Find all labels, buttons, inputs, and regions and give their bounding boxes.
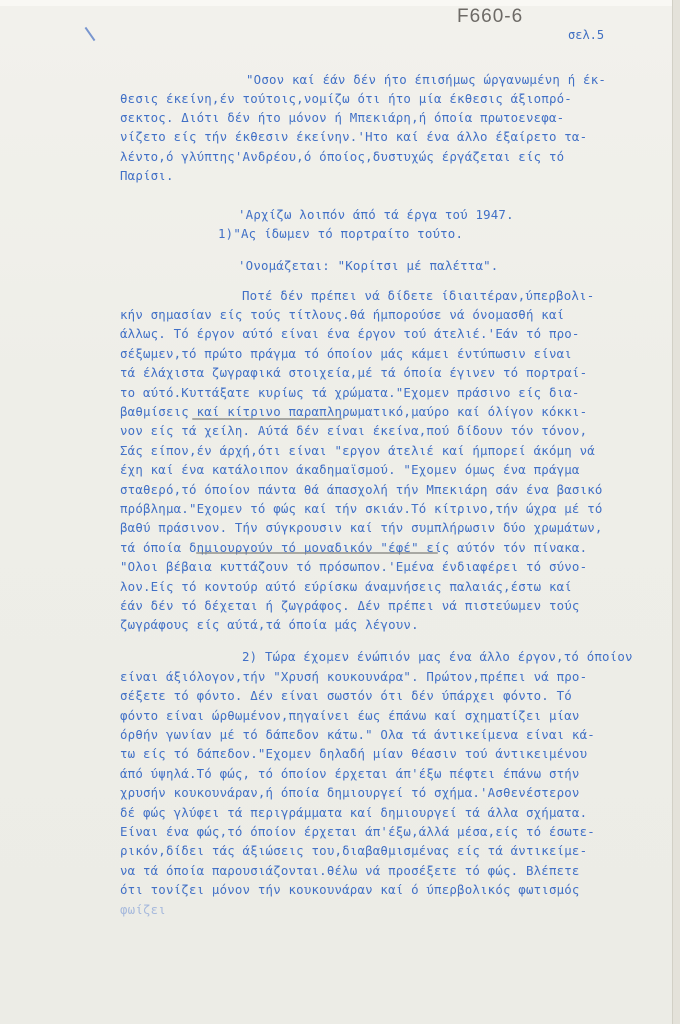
- text-line: να τά όποία παρουσιάζονται.θέλω νά προσέ…: [120, 861, 580, 880]
- text-line: θεσις έκείνη,έν τούτοις,νομίζω ότι ήτο μ…: [120, 89, 572, 108]
- text-line: 'Αρχίζω λοιπόν άπό τά έργα τού 1947.: [238, 205, 514, 224]
- text-line: κήν σημασίαν είς τούς τίτλους.θά ήμπορού…: [120, 305, 564, 324]
- text-line: σέξετε τό φόντο. Δέν είναι σωστόν ότι δέ…: [120, 686, 572, 705]
- text-line: 1)"Ας ίδωμεν τό πορτραίτο τούτο.: [218, 224, 463, 243]
- text-line: έχη καί ένα κατάλοιπον άκαδημαϊσμού. "Εχ…: [120, 460, 580, 479]
- text-line: ρικόν,δίδει τάς άξιώσεις του,διαβαθμισμέ…: [120, 841, 587, 860]
- text-line: νον είς τά χείλη. Αύτά δέν είναι έκείνα,…: [120, 421, 587, 440]
- text-line: το αύτό.Κυττάξατε κυρίως τά χρώματα."Εχο…: [120, 383, 580, 402]
- text-line: ότι τονίζει μόνον τήν κουκουνάραν καί ό …: [120, 880, 580, 899]
- text-line: Παρίσι.: [120, 166, 174, 185]
- text-line: σταθερό,τό όποίον πάντα θά άπασχολή τήν …: [120, 480, 603, 499]
- scan-right-edge: [672, 0, 680, 1024]
- text-line: χρυσήν κουκουνάραν,ή όποία δημιουργεί τό…: [120, 783, 580, 802]
- pencil-underline: [196, 552, 438, 554]
- text-line: φωίζει: [120, 900, 166, 919]
- text-line: έάν δέν τό δέχεται ή ζωγράφος. Δέν πρέπε…: [120, 596, 580, 615]
- text-line: όρθήν γωνίαν μέ τό δάπεδον κάτω." Ολα τά…: [120, 725, 595, 744]
- text-line: άλλως. Τό έργον αύτό είναι ένα έργον τού…: [120, 324, 580, 343]
- text-line: σεκτος. Διότι δέν ήτο μόνον ή Μπεκιάρη,ή…: [120, 108, 564, 127]
- text-line: Σάς είπον,έν άρχή,ότι είναι "εργον άτελι…: [120, 441, 595, 460]
- text-line: τά έλάχιστα ζωγραφικά στοιχεία,μέ τά όπο…: [120, 363, 587, 382]
- pencil-underline: [192, 418, 342, 420]
- text-line: νίζετο είς τήν έκθεσιν έκείνην.'Ητο καί …: [120, 127, 587, 146]
- text-line: ζωγράφους είς αύτά,τά όποία μάς λέγουν.: [120, 615, 419, 634]
- text-line: Ποτέ δέν πρέπει νά δίδετε ίδιαιτέραν,ύπε…: [242, 286, 594, 305]
- text-line: "Οσον καί έάν δέν ήτο έπισήμως ώργανωμέν…: [246, 70, 606, 89]
- text-line: τά όποία δημιουργούν τό μοναδικόν "έφέ" …: [120, 538, 587, 557]
- text-line: 'Ονομάζεται: "Κορίτσι μέ παλέττα".: [238, 256, 498, 275]
- text-line: 2) Τώρα έχομεν ένώπιόν μας ένα άλλο έργο…: [242, 647, 633, 666]
- text-line: βαθύ πράσινον. Τήν σύγκρουσιν καί τήν συ…: [120, 518, 603, 537]
- text-line: είναι άξιόλογον,τήν "Χρυσή κουκουνάρα". …: [120, 667, 587, 686]
- text-line: φόντο είναι ώρθωμένον,πηγαίνει έως έπάνω…: [120, 706, 580, 725]
- text-line: λον.Είς τό κοντούρ αύτό εύρίσκω άναμνήσε…: [120, 577, 572, 596]
- text-line: πρόβλημα."Εχομεν τό φώς καί τήν σκιάν.Τό…: [120, 499, 603, 518]
- archive-id-handwritten: F660-6: [457, 6, 523, 28]
- text-line: Είναι ένα φώς,τό όποίον έρχεται άπ'έξω,ά…: [120, 822, 595, 841]
- text-line: άπό ύψηλά.Τό φώς, τό όποίον έρχεται άπ'έ…: [120, 764, 580, 783]
- page-number: σελ.5: [568, 28, 604, 42]
- text-line: βαθμίσεις καί κίτρινο παραπληρωματικό,μα…: [120, 402, 587, 421]
- text-line: λέντο,ό γλύπτης'Ανδρέου,ό όποίος,δυστυχώ…: [120, 147, 564, 166]
- text-line: "Ολοι βέβαια κυττάζουν τό πρόσωπον.'Εμέν…: [120, 557, 587, 576]
- text-line: τω είς τό δάπεδον."Εχομεν δηλαδή μίαν θέ…: [120, 744, 587, 763]
- text-line: σέξωμεν,τό πρώτο πράγμα τό όποίον μάς κά…: [120, 344, 572, 363]
- text-line: δέ φώς γλύφει τά περιγράμματα καί δημιου…: [120, 803, 587, 822]
